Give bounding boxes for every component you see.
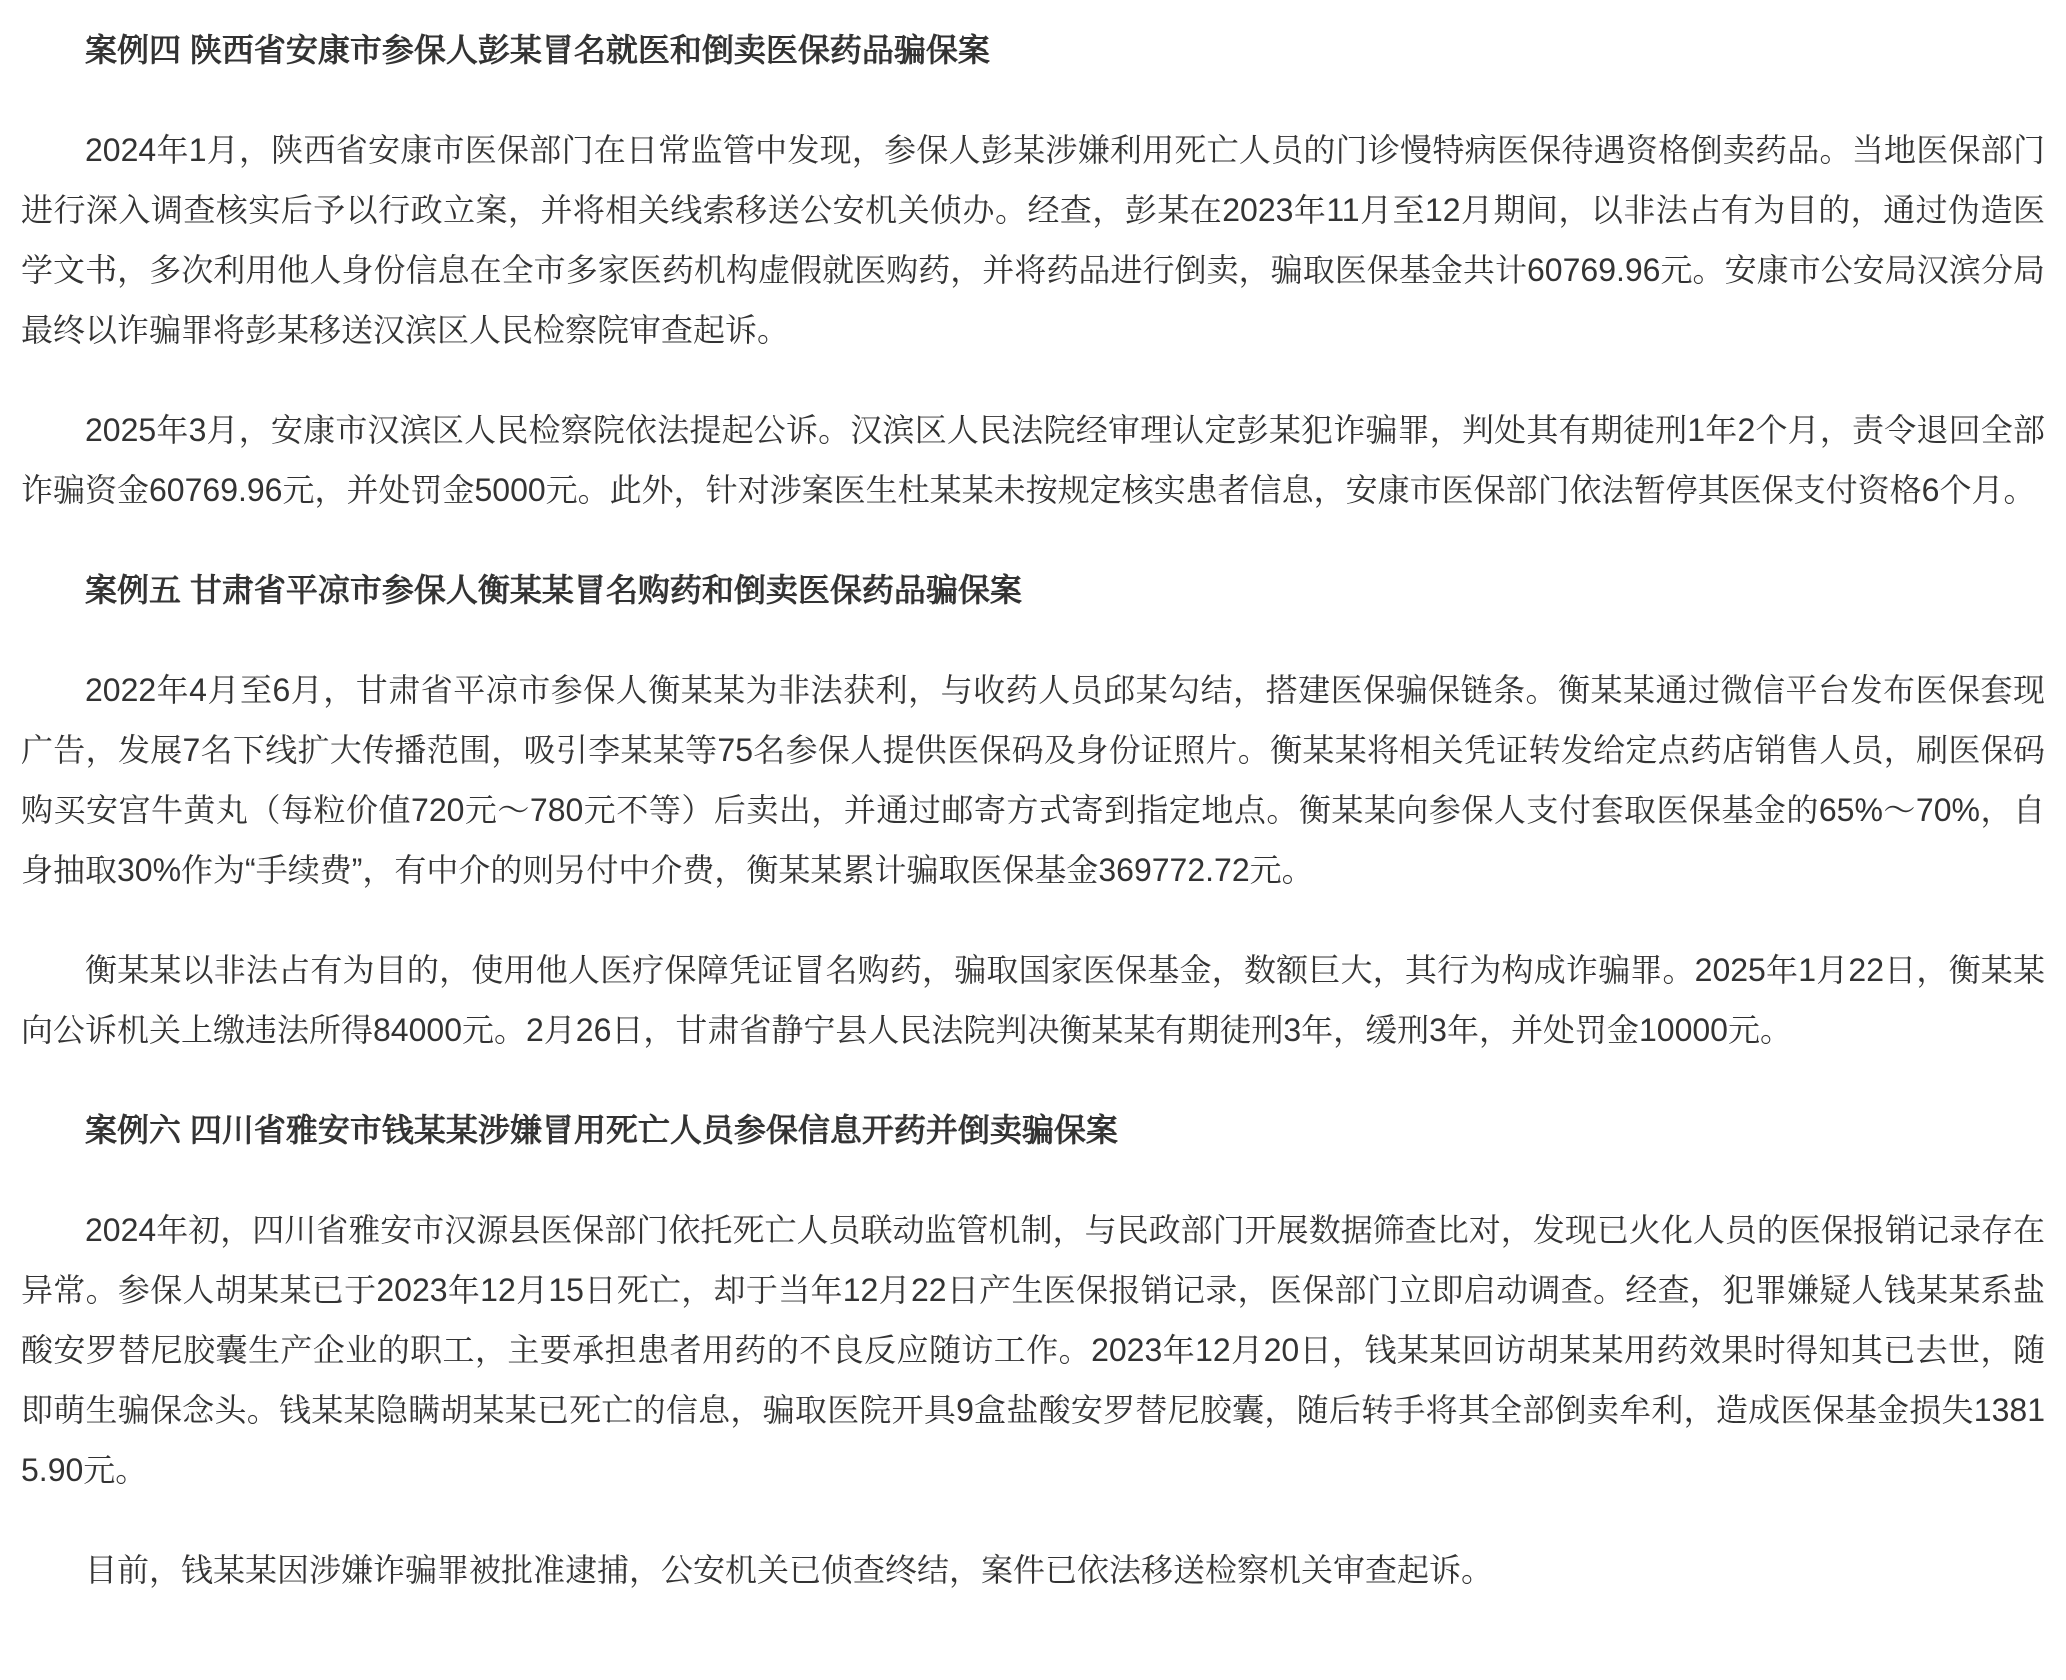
case-6-paragraph-2: 目前，钱某某因涉嫌诈骗罪被批准逮捕，公安机关已侦查终结，案件已依法移送检察机关审…	[21, 1540, 2045, 1600]
case-4-paragraph-2: 2025年3月，安康市汉滨区人民检察院依法提起公诉。汉滨区人民法院经审理认定彭某…	[21, 400, 2045, 520]
case-6-heading: 案例六 四川省雅安市钱某某涉嫌冒用死亡人员参保信息开药并倒卖骗保案	[21, 1100, 2045, 1160]
case-5-paragraph-1: 2022年4月至6月，甘肃省平凉市参保人衡某某为非法获利，与收药人员邱某勾结，搭…	[21, 660, 2045, 900]
case-4-paragraph-1: 2024年1月，陕西省安康市医保部门在日常监管中发现，参保人彭某涉嫌利用死亡人员…	[21, 120, 2045, 360]
article-body: 案例四 陕西省安康市参保人彭某冒名就医和倒卖医保药品骗保案 2024年1月，陕西…	[0, 0, 2066, 1600]
case-4-heading: 案例四 陕西省安康市参保人彭某冒名就医和倒卖医保药品骗保案	[21, 20, 2045, 80]
case-5-heading: 案例五 甘肃省平凉市参保人衡某某冒名购药和倒卖医保药品骗保案	[21, 560, 2045, 620]
case-6-paragraph-1: 2024年初，四川省雅安市汉源县医保部门依托死亡人员联动监管机制，与民政部门开展…	[21, 1200, 2045, 1500]
case-5-paragraph-2: 衡某某以非法占有为目的，使用他人医疗保障凭证冒名购药，骗取国家医保基金，数额巨大…	[21, 940, 2045, 1060]
